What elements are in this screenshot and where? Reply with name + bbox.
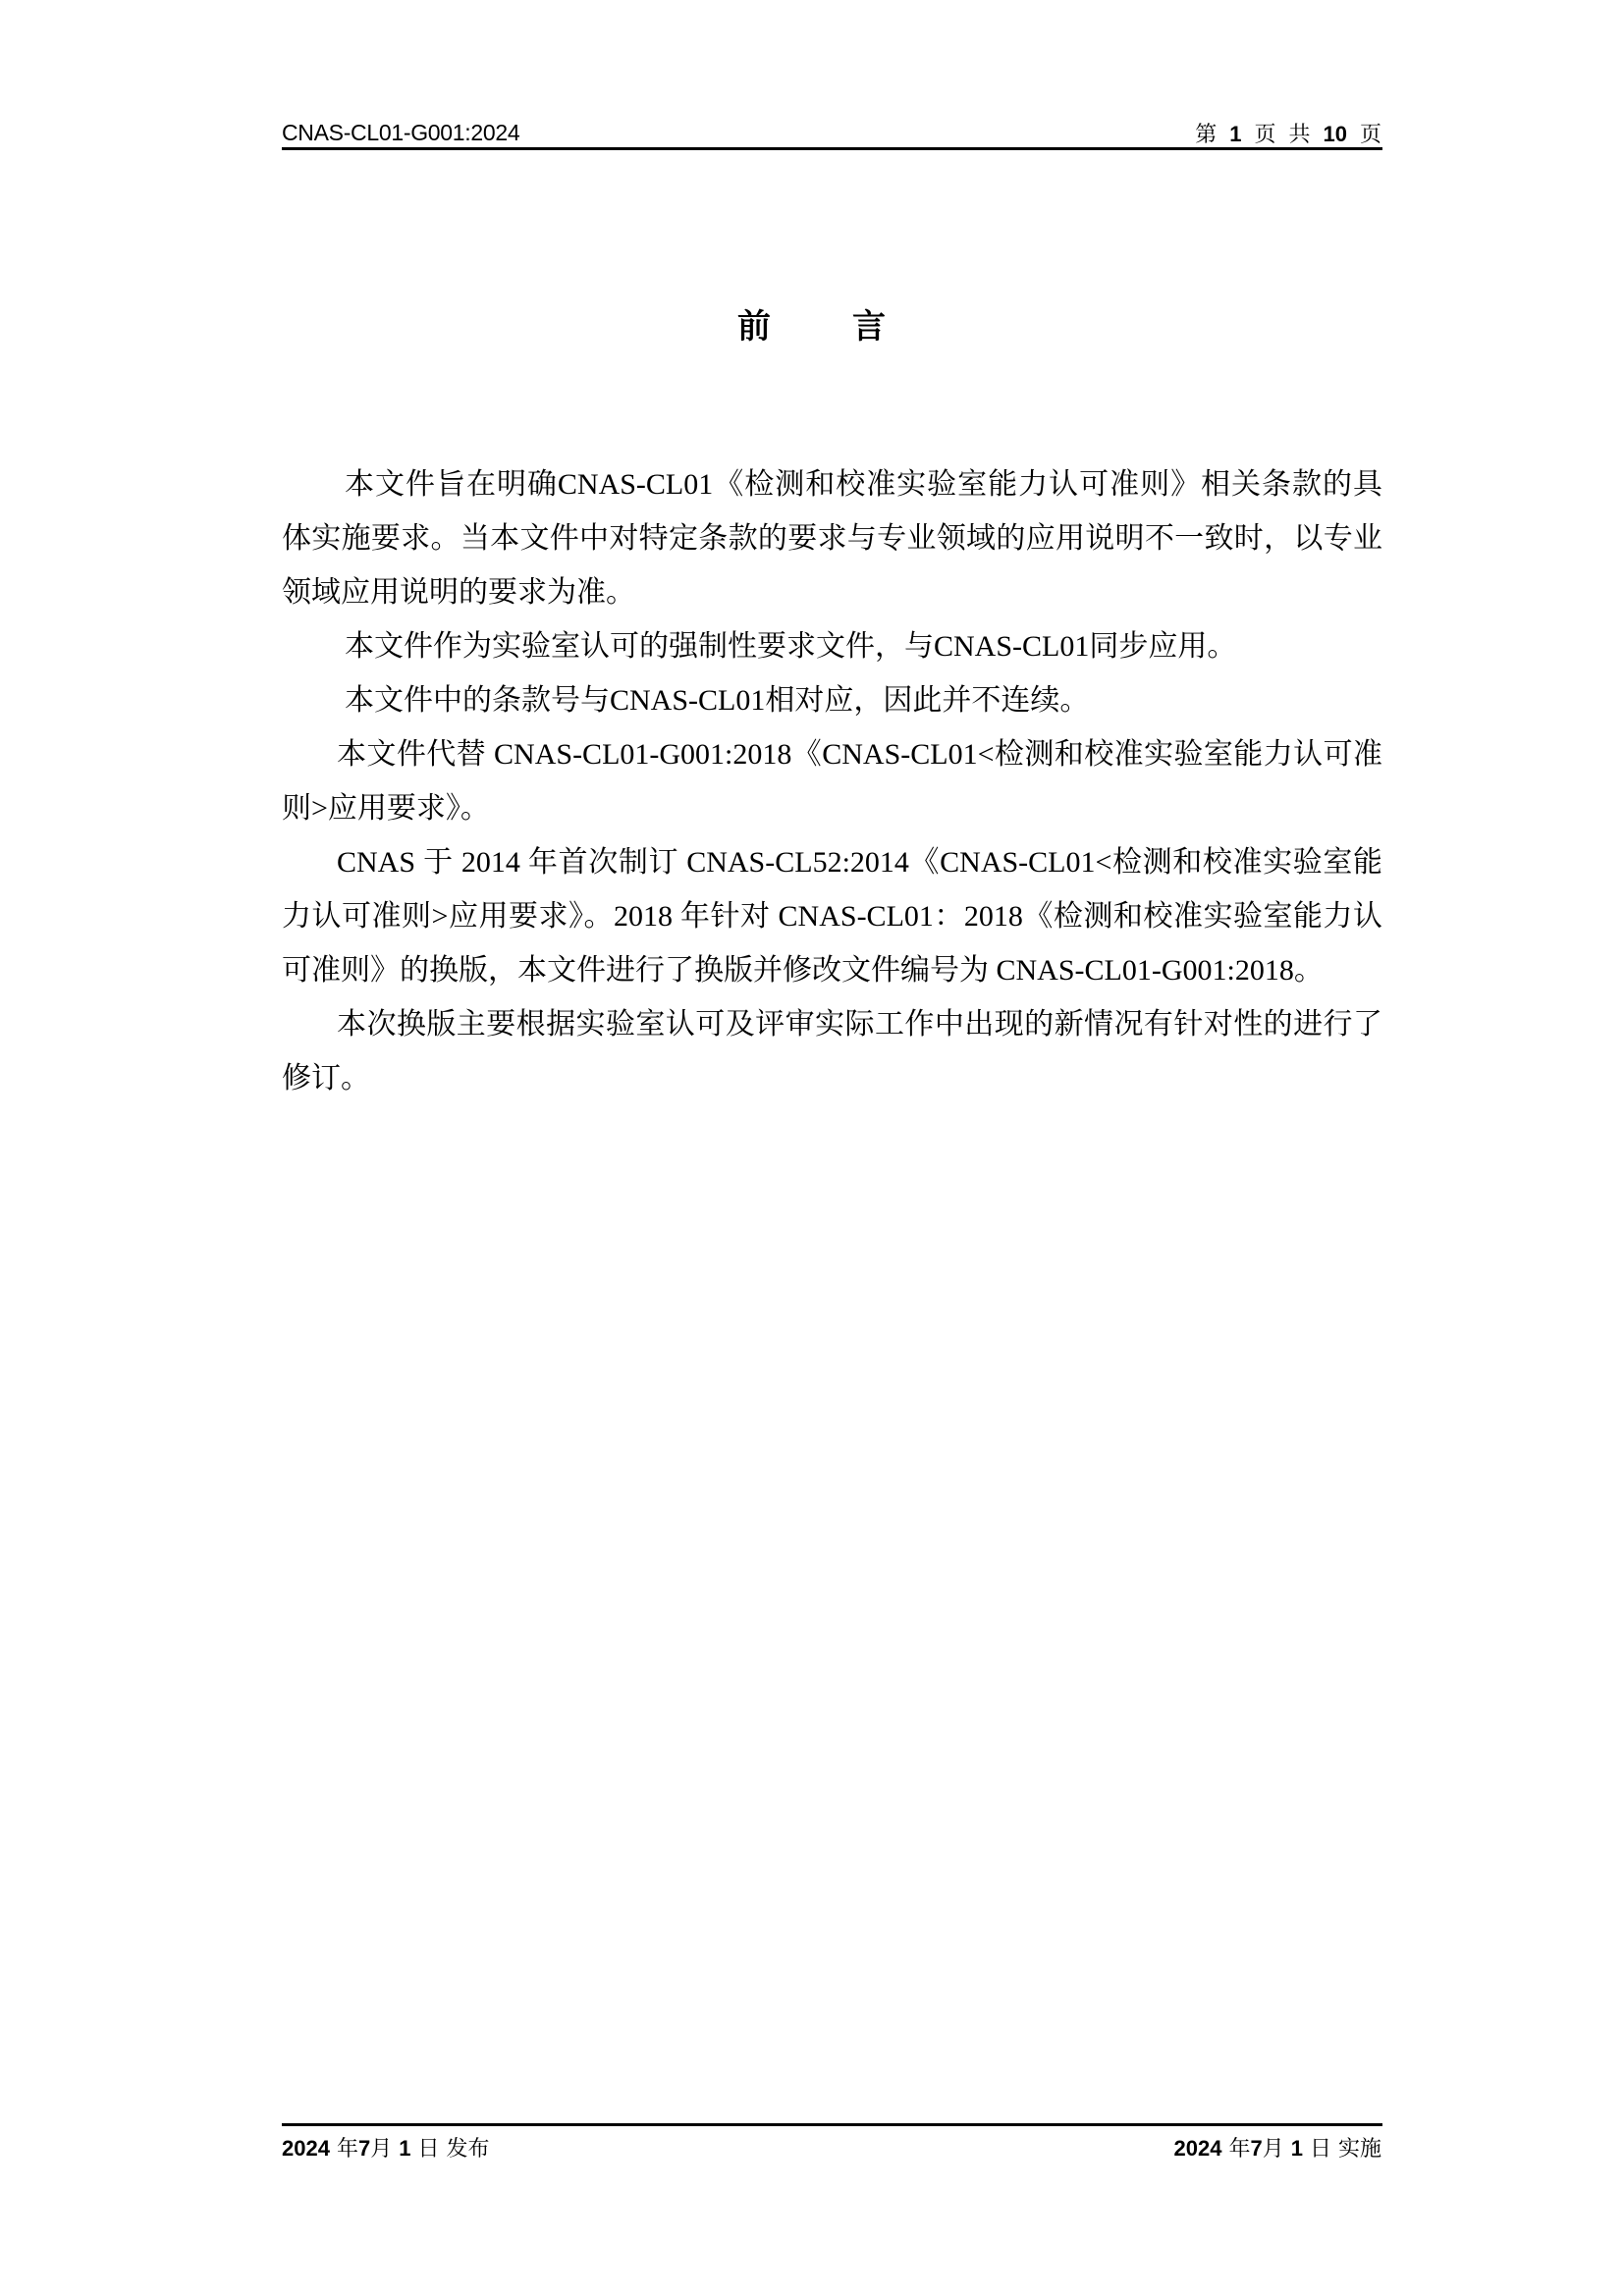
page-current: 1 — [1229, 122, 1241, 146]
footer-divider — [282, 2123, 1382, 2126]
publish-date: 2024 年7月 1 日 发布 — [282, 2132, 490, 2163]
paragraph: 本文件作为实验室认可的强制性要求文件，与CNAS-CL01同步应用。 — [282, 619, 1382, 673]
paragraph: 本文件中的条款号与CNAS-CL01相对应，因此并不连续。 — [282, 673, 1382, 727]
paragraph: 本次换版主要根据实验室认可及评审实际工作中出现的新情况有针对性的进行了修订。 — [282, 997, 1382, 1105]
header-divider — [282, 147, 1382, 150]
publish-year: 2024 — [282, 2136, 330, 2161]
page-title: 前言 — [0, 299, 1624, 347]
effective-year: 2024 — [1173, 2136, 1221, 2161]
paragraph: 本文件代替 CNAS-CL01-G001:2018《CNAS-CL01<检测和校… — [282, 727, 1382, 835]
paragraph: 本文件旨在明确CNAS-CL01《检测和校准实验室能力认可准则》相关条款的具体实… — [282, 457, 1382, 619]
document-body: 本文件旨在明确CNAS-CL01《检测和校准实验室能力认可准则》相关条款的具体实… — [282, 457, 1382, 1105]
page-suffix: 页 — [1360, 123, 1381, 147]
publish-month: 7 — [358, 2136, 370, 2161]
publish-month-unit: 月 — [370, 2137, 392, 2162]
title-char-1: 前 — [737, 307, 772, 347]
publish-day: 1 — [399, 2136, 410, 2161]
effective-day: 1 — [1291, 2136, 1303, 2161]
effective-month: 7 — [1250, 2136, 1262, 2161]
effective-date: 2024 年7月 1 日 实施 — [1173, 2132, 1381, 2163]
publish-year-unit: 年 — [337, 2137, 358, 2162]
page-indicator: 第 1 页 共 10 页 — [1195, 118, 1381, 148]
document-code: CNAS-CL01-G001:2024 — [282, 120, 519, 146]
document-page: CNAS-CL01-G001:2024 第 1 页 共 10 页 前言 本文件旨… — [0, 0, 1624, 2296]
page-total: 10 — [1324, 122, 1347, 146]
page-mid: 页 共 — [1255, 123, 1311, 147]
page-prefix: 第 — [1195, 123, 1217, 147]
effective-month-unit: 月 — [1263, 2137, 1284, 2162]
publish-label: 发布 — [447, 2137, 490, 2162]
title-char-2: 言 — [852, 307, 887, 347]
effective-day-unit: 日 — [1310, 2137, 1331, 2162]
publish-day-unit: 日 — [417, 2137, 439, 2162]
effective-year-unit: 年 — [1228, 2137, 1250, 2162]
effective-label: 实施 — [1338, 2137, 1381, 2162]
paragraph: CNAS 于 2014 年首次制订 CNAS-CL52:2014《CNAS-CL… — [282, 835, 1382, 997]
